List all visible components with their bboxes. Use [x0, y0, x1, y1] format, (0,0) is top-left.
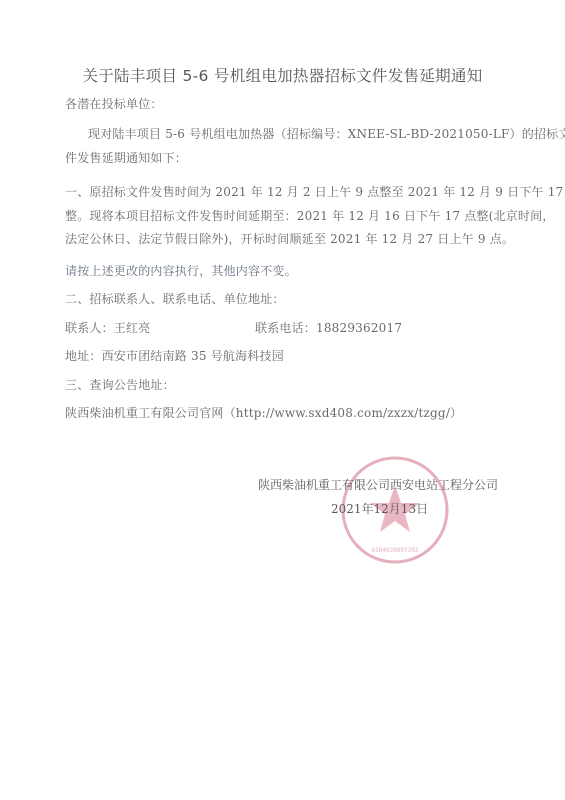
section1-line-1: 一、原招标文件发售时间为 2021 年 12 月 2 日上午 9 点整至 202… — [65, 183, 565, 200]
contact-person: 联系人：王红亮 — [65, 321, 150, 335]
section3-heading: 三、查询公告地址： — [65, 376, 175, 393]
address-line: 地址：西安市团结南路 35 号航海科技园 — [65, 347, 284, 364]
section1-line-2: 整。现将本项目招标文件发售时间延期至：2021 年 12 月 16 日下午 17… — [65, 207, 555, 224]
contact-row: 联系人：王红亮 联系电话：18829362017 — [65, 319, 465, 336]
signature-company: 陕西柴油机重工有限公司西安电站工程分公司 — [258, 476, 498, 493]
section1-line-3: 法定公休日、法定节假日除外)，开标时间顺延至 2021 年 12 月 27 日上… — [65, 230, 514, 247]
intro-line-1: 现对陆丰项目 5-6 号机组电加热器（招标编号：XNEE-SL-BD-20210… — [88, 125, 565, 142]
intro-line-2: 件发售延期通知如下： — [65, 149, 187, 166]
salutation: 各潜在投标单位： — [65, 95, 163, 112]
signature-date: 2021年12月13日 — [331, 500, 428, 517]
contact-phone: 联系电话：18829362017 — [255, 319, 402, 336]
svg-text:6104020897392: 6104020897392 — [372, 547, 419, 554]
notice-line: 请按上述更改的内容执行，其他内容不变。 — [65, 262, 297, 279]
document-title: 关于陆丰项目 5-6 号机组电加热器招标文件发售延期通知 — [0, 64, 565, 86]
section2-heading: 二、招标联系人、联系电话、单位地址： — [65, 290, 285, 307]
website-line[interactable]: 陕西柴油机重工有限公司官网（http://www.sxd408.com/zxzx… — [65, 404, 462, 421]
